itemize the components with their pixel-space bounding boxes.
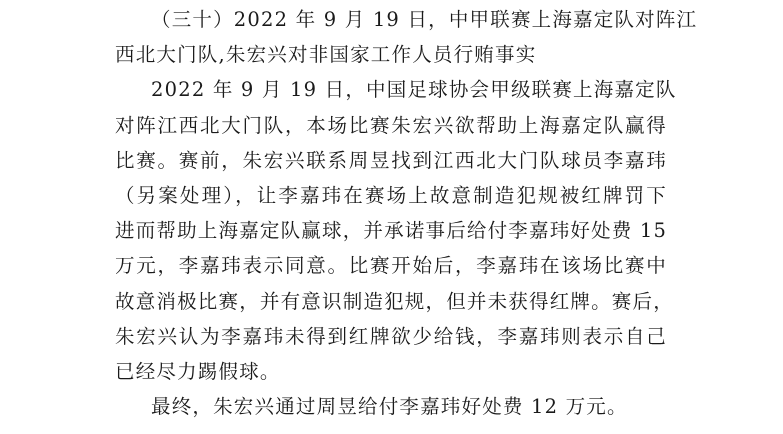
paragraph-1-line-2: 对阵江西北大门队，本场比赛朱宏兴欲帮助上海嘉定队赢得 (115, 108, 667, 143)
paragraph-1-line-8: 朱宏兴认为李嘉玮未得到红牌欲少给钱，李嘉玮则表示自己 (115, 319, 667, 354)
paragraph-1-line-6: 万元，李嘉玮表示同意。比赛开始后，李嘉玮在该场比赛中 (115, 248, 667, 283)
section-heading-line-1: （三十）2022 年 9 月 19 日，中甲联赛上海嘉定队对阵江 (115, 2, 667, 37)
section-heading-line-2: 西北大门队,朱宏兴对非国家工作人员行贿事实 (115, 37, 667, 72)
paragraph-2-line-1: 最终，朱宏兴通过周昱给付李嘉玮好处费 12 万元。 (115, 389, 667, 424)
paragraph-1-line-5: 进而帮助上海嘉定队赢球，并承诺事后给付李嘉玮好处费 15 (115, 213, 667, 248)
document-page: （三十）2022 年 9 月 19 日，中甲联赛上海嘉定队对阵江 西北大门队,朱… (115, 2, 667, 424)
paragraph-1-line-9: 已经尽力踢假球。 (115, 354, 667, 389)
paragraph-1-line-4: （另案处理），让李嘉玮在赛场上故意制造犯规被红牌罚下 (115, 178, 667, 213)
paragraph-1-line-3: 比赛。赛前，朱宏兴联系周昱找到江西北大门队球员李嘉玮 (115, 143, 667, 178)
paragraph-1-line-1: 2022 年 9 月 19 日，中国足球协会甲级联赛上海嘉定队 (115, 72, 667, 107)
paragraph-1-line-7: 故意消极比赛，并有意识制造犯规，但并未获得红牌。赛后， (115, 284, 667, 319)
